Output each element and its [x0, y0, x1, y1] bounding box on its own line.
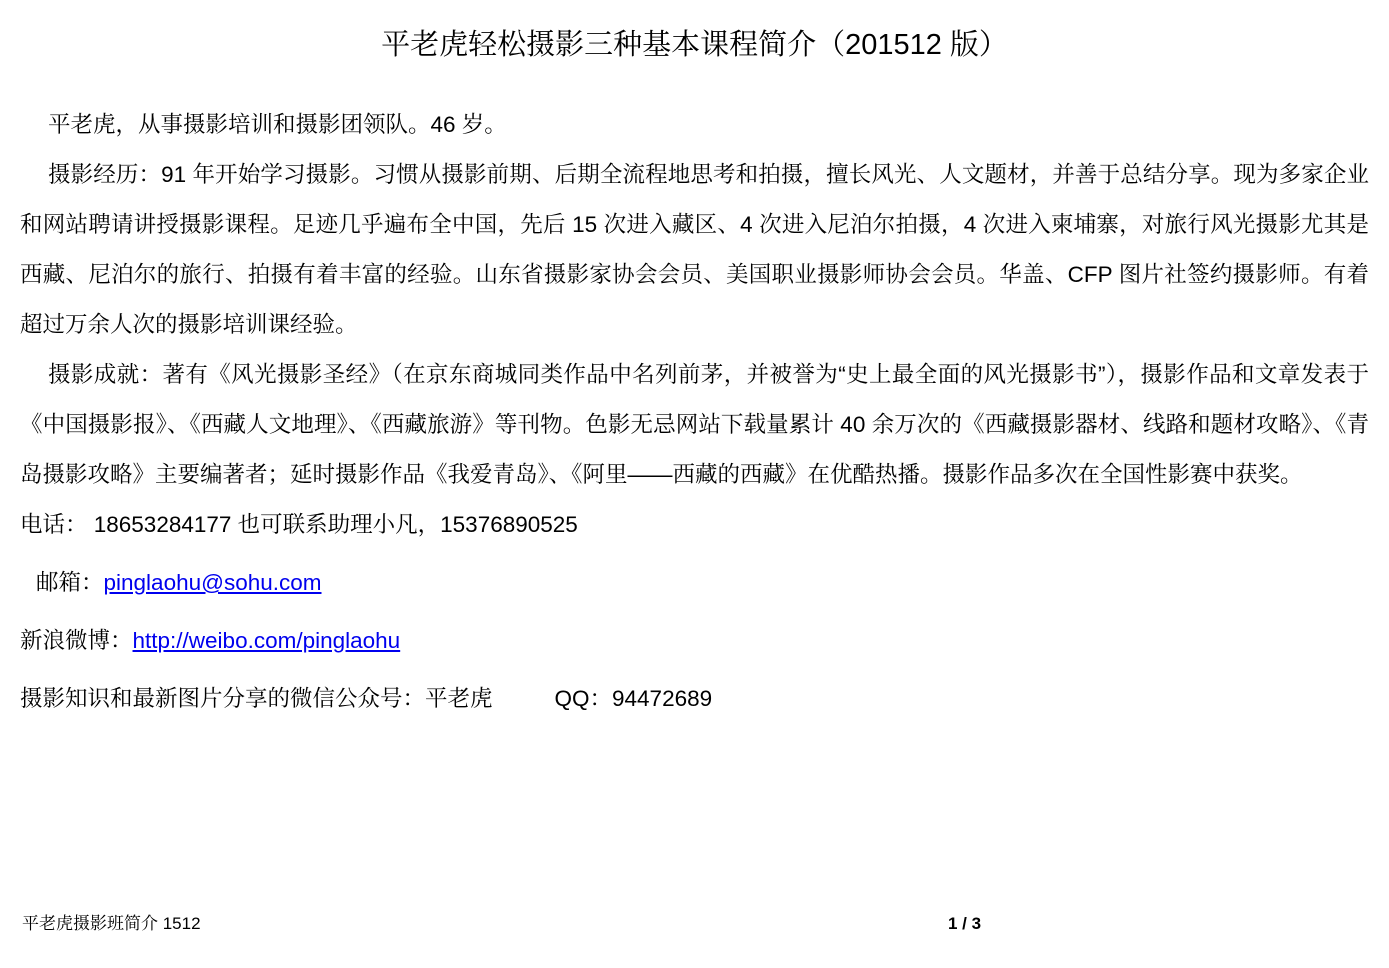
paragraph-experience: 摄影经历：91 年开始学习摄影。习惯从摄影前期、后期全流程地思考和拍摄，擅长风光…: [20, 150, 1369, 350]
phone-line: 电话： 18653284177 也可联系助理小凡，15376890525: [20, 500, 1369, 550]
document-title: 平老虎轻松摄影三种基本课程简介（201512 版）: [20, 26, 1369, 64]
email-link[interactable]: pinglaohu@sohu.com: [104, 570, 322, 595]
document-page: 平老虎轻松摄影三种基本课程简介（201512 版） 平老虎，从事摄影培训和摄影团…: [0, 0, 1389, 968]
weibo-link[interactable]: http://weibo.com/pinglaohu: [133, 628, 401, 653]
wechat-label: 摄影知识和最新图片分享的微信公众号：平老虎: [20, 686, 493, 711]
weibo-label: 新浪微博：: [20, 628, 133, 653]
paragraph-achievements: 摄影成就：著有《风光摄影圣经》（在京东商城同类作品中名列前茅，并被誉为“史上最全…: [20, 350, 1369, 500]
footer-doc-name: 平老虎摄影班简介 1512: [22, 915, 201, 932]
email-label: 邮箱：: [36, 570, 104, 595]
qq-number: QQ：94472689: [555, 686, 713, 711]
weibo-line: 新浪微博：http://weibo.com/pinglaohu: [20, 616, 1369, 666]
page-number: 1 / 3: [948, 915, 981, 932]
paragraph-intro: 平老虎，从事摄影培训和摄影团领队。46 岁。: [20, 100, 1369, 150]
email-line: 邮箱：pinglaohu@sohu.com: [20, 558, 1369, 608]
wechat-qq-line: 摄影知识和最新图片分享的微信公众号：平老虎QQ：94472689: [20, 674, 1369, 724]
